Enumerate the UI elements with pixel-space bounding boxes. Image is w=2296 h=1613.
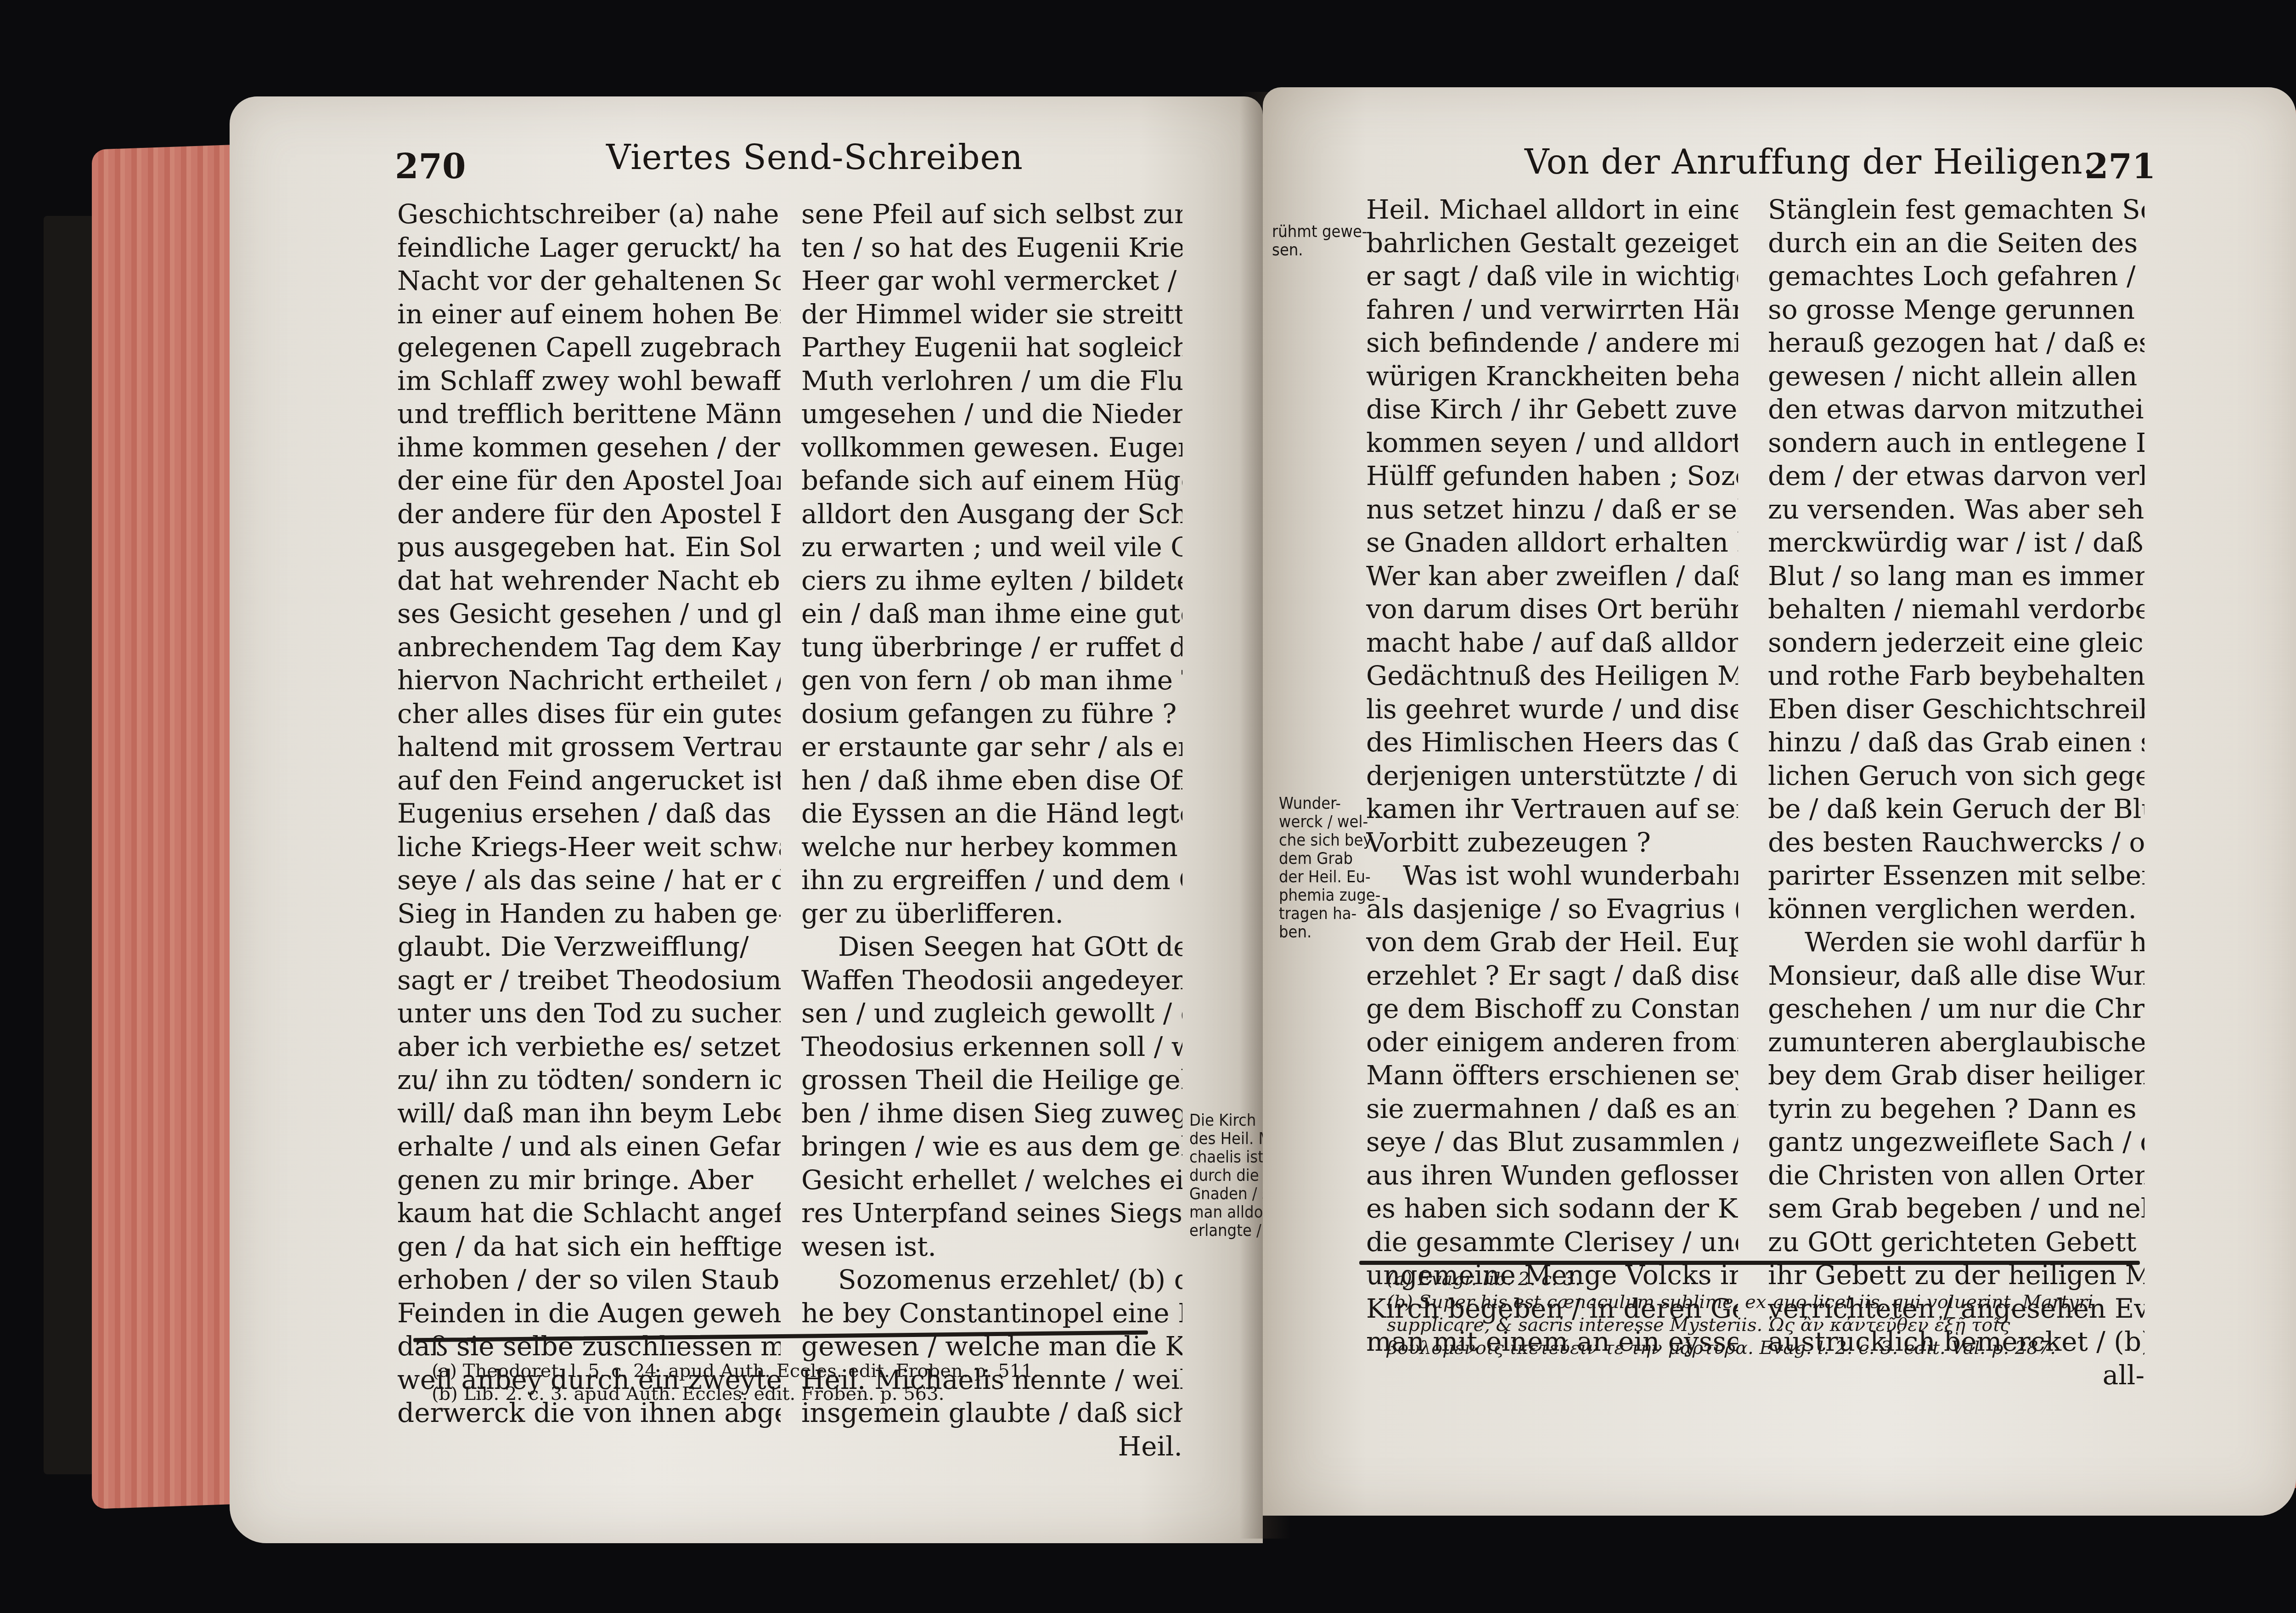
text-line: des Himlischen Heers das Gebett bbox=[1366, 726, 1738, 759]
text-line: Heil. Michael alldort in einer sicht- bbox=[1366, 193, 1738, 226]
text-line: ses Gesicht gesehen / und gleich bey bbox=[397, 597, 781, 631]
text-line: zu/ ihn zu tödten/ sondern ich bbox=[397, 1063, 781, 1097]
left-column-2: sene Pfeil auf sich selbst zuruck präl-t… bbox=[801, 197, 1182, 1463]
text-line: Sozomenus erzehlet/ (b) daß na- bbox=[801, 1263, 1182, 1297]
text-line: sie zuermahnen / daß es annun Zeit bbox=[1366, 1092, 1738, 1126]
text-line: kommen seyen / und alldort hurtige bbox=[1366, 426, 1738, 460]
text-line: zu erwarten ; und weil vile Offi- bbox=[801, 530, 1182, 564]
text-line: Gesicht erhellet / welches ein siche- bbox=[801, 1163, 1182, 1197]
footnote: supplicare, & sacris interesse Mysteriis… bbox=[1387, 1314, 2093, 1337]
margin-note-line: der Heil. Eu- bbox=[1279, 868, 1380, 886]
text-line: bahrlichen Gestalt gezeiget habe; bbox=[1366, 226, 1738, 260]
text-line: all- bbox=[1768, 1359, 2144, 1392]
text-line: tyrin zu begehen ? Dann es ist eine bbox=[1768, 1092, 2144, 1126]
text-line: aber ich verbiethe es/ setzet er hin- bbox=[397, 1030, 781, 1064]
margin-note-line: dem Grab bbox=[1279, 850, 1380, 868]
text-line: der eine für den Apostel Joannes/ bbox=[397, 464, 781, 497]
right-margin-note-top: rühmt gewe-sen. bbox=[1272, 223, 1367, 259]
margin-note-line: ben. bbox=[1279, 923, 1380, 942]
text-line: glaubt. Die Verzweifflung/ bbox=[397, 930, 781, 964]
text-line: fahren / und verwirrten Händlen bbox=[1366, 293, 1738, 327]
text-line: Was ist wohl wunderbahrlicher bbox=[1366, 859, 1738, 892]
text-line: ihn zu ergreiffen / und dem Obsie- bbox=[801, 863, 1182, 897]
text-line: bey dem Grab diser heiligen Mar- bbox=[1768, 1059, 2144, 1092]
text-line: durch ein an die Seiten des Grabs bbox=[1768, 226, 2144, 260]
text-line: se Gnaden alldort erhalten habe. bbox=[1366, 526, 1738, 559]
text-line: sene Pfeil auf sich selbst zuruck präl- bbox=[801, 197, 1182, 231]
text-line: ten / so hat des Eugenii Kriegs- bbox=[801, 231, 1182, 265]
text-line: gen / da hat sich ein hefftiger Wind bbox=[397, 1230, 781, 1263]
text-line: gemachtes Loch gefahren / und eine bbox=[1768, 259, 2144, 293]
margin-note-line: Wunder- bbox=[1279, 795, 1380, 813]
text-line: ein / daß man ihme eine gute Zei- bbox=[801, 597, 1182, 631]
text-line: erzehlet ? Er sagt / daß dise Heili- bbox=[1366, 959, 1738, 993]
text-line: die Christen von allen Orten zu di- bbox=[1768, 1159, 2144, 1192]
text-line: ger zu überlifferen. bbox=[801, 897, 1182, 931]
text-line: und trefflich berittene Männer zu bbox=[397, 397, 781, 431]
text-line: würigen Kranckheiten behaffte in bbox=[1366, 360, 1738, 393]
margin-note-line: sen. bbox=[1272, 241, 1367, 259]
text-line: auf den Feind angerucket ist. Als bbox=[397, 764, 781, 797]
text-line: können verglichen werden. bbox=[1768, 892, 2144, 926]
text-line: liche Kriegs-Heer weit schwächer bbox=[397, 830, 781, 864]
footnote: (a) Evagr. lib. 2. c. 3. bbox=[1387, 1268, 2093, 1291]
margin-note-line: che sich bey bbox=[1279, 831, 1380, 850]
text-line: genen zu mir bringe. Aber bbox=[397, 1163, 781, 1197]
text-line: Geschichtschreiber (a) nahe an das bbox=[397, 197, 781, 231]
text-line: wesen ist. bbox=[801, 1230, 1182, 1263]
footnote: (b) Super his est cænaculum sublime, ex … bbox=[1387, 1291, 2093, 1314]
text-line: die Eyssen an die Händ legten / als bbox=[801, 797, 1182, 830]
footnote: (b) Lib. 2. c. 3. apud Auth. Eccles. edi… bbox=[432, 1382, 1039, 1405]
text-line: im Schlaff zwey wohl bewaffnite/ bbox=[397, 364, 781, 398]
text-line: cher alles dises für ein gutes Zeichen bbox=[397, 697, 781, 731]
text-line: seye / das Blut zusammlen / welches bbox=[1366, 1125, 1738, 1159]
text-line: vollkommen gewesen. Eugenius bbox=[801, 431, 1182, 464]
text-line: in einer auf einem hohen Berg bbox=[397, 298, 781, 331]
text-line: haltend mit grossem Vertrauen bbox=[397, 730, 781, 764]
text-line: feindliche Lager geruckt/ hat er die bbox=[397, 231, 781, 265]
text-line: Waffen Theodosii angedeyen las- bbox=[801, 964, 1182, 997]
text-line: ihme kommen gesehen / deren sich bbox=[397, 431, 781, 464]
text-line: Vorbitt zubezeugen ? bbox=[1366, 826, 1738, 859]
text-line: der andere für den Apostel Philip- bbox=[397, 497, 781, 531]
text-line: Gedächtnuß des Heiligen Michae- bbox=[1366, 659, 1738, 693]
left-page-number: 270 bbox=[395, 147, 466, 186]
text-line: als dasjenige / so Evagrius (a) bbox=[1366, 892, 1738, 926]
text-line: den etwas darvon mitzutheilen/ bbox=[1768, 393, 2144, 426]
right-footnotes: (a) Evagr. lib. 2. c. 3.(b) Super his es… bbox=[1387, 1268, 2093, 1359]
text-line: res Unterpfand seines Siegs ge- bbox=[801, 1196, 1182, 1230]
text-line: umgesehen / und die Niederlag ist bbox=[801, 397, 1182, 431]
text-line: Nacht vor der gehaltenen Schlacht bbox=[397, 264, 781, 298]
text-line: welche nur herbey kommen waren bbox=[801, 830, 1182, 864]
text-line: befande sich auf einem Hügel / um bbox=[801, 464, 1182, 497]
text-line: Disen Seegen hat GOtt denen bbox=[801, 930, 1182, 964]
text-line: zu GOtt gerichteten Gebett auch bbox=[1768, 1225, 2144, 1259]
text-line: ge dem Bischoff zu Constantinopel/ bbox=[1366, 992, 1738, 1026]
text-line: dise Kirch / ihr Gebett zuverrichten/ bbox=[1366, 393, 1738, 426]
text-line: Theodosius erkennen soll / was bbox=[801, 1030, 1182, 1064]
margin-note-line: tragen ha- bbox=[1279, 905, 1380, 923]
right-page-number: 271 bbox=[2085, 147, 2155, 186]
right-footnote-rule bbox=[1359, 1261, 2140, 1265]
text-line: parirter Essenzen mit selbem habe bbox=[1768, 859, 2144, 892]
text-line: ciers zu ihme eylten / bildete er ihme bbox=[801, 564, 1182, 598]
text-line: Werden sie wohl darfür halten/ bbox=[1768, 925, 2144, 959]
right-column-2: Stänglein fest gemachten Schwammdurch ei… bbox=[1768, 193, 2144, 1392]
text-line: bringen / wie es aus dem gehabten bbox=[801, 1130, 1182, 1163]
text-line: pus ausgegeben hat. Ein Sol- bbox=[397, 530, 781, 564]
left-running-head: Viertes Send-Schreiben bbox=[606, 138, 1023, 177]
left-column-1: Geschichtschreiber (a) nahe an dasfeindl… bbox=[397, 197, 781, 1430]
text-line: Eugenius ersehen / daß das feind- bbox=[397, 797, 781, 830]
text-line: Heer gar wohl vermercket / daß bbox=[801, 264, 1182, 298]
text-line: gantz ungezweiflete Sach / daß sich bbox=[1768, 1125, 2144, 1159]
text-line: hiervon Nachricht ertheilet / wel- bbox=[397, 664, 781, 697]
right-margin-note-mid: Wunder-werck / wel-che sich beydem Grabd… bbox=[1279, 795, 1380, 942]
text-line: unter uns den Tod zu suchen; bbox=[397, 997, 781, 1030]
text-line: kamen ihr Vertrauen auf seine bbox=[1366, 792, 1738, 826]
text-line: es haben sich sodann der Kayser / bbox=[1366, 1192, 1738, 1225]
text-line: er sagt / daß vile in wichtigen Ge- bbox=[1366, 259, 1738, 293]
text-line: der Himmel wider sie streitte. Die bbox=[801, 298, 1182, 331]
text-line: hen / daß ihme eben dise Officiers bbox=[801, 764, 1182, 797]
text-line: Muth verlohren / um die Flucht bbox=[801, 364, 1182, 398]
text-line: die gesammte Clerisey / und eine bbox=[1366, 1225, 1738, 1259]
text-line: lichen Geruch von sich gegeben ha- bbox=[1768, 759, 2144, 793]
margin-note-line: phemia zuge- bbox=[1279, 886, 1380, 905]
margin-note-line: rühmt gewe- bbox=[1272, 223, 1367, 241]
text-line: sondern auch in entlegene Land je- bbox=[1768, 426, 2144, 460]
text-line: und rothe Farb beybehalten hat. bbox=[1768, 659, 2144, 693]
text-line: herauß gezogen hat / daß es genug bbox=[1768, 326, 2144, 360]
text-line: Parthey Eugenii hat sogleich den bbox=[801, 331, 1182, 364]
right-running-head: Von der Anruffung der Heiligen. bbox=[1525, 142, 2094, 182]
text-line: he bey Constantinopel eine Kirch bbox=[801, 1297, 1182, 1330]
text-line: be / daß kein Geruch der Blumen / bbox=[1768, 792, 2144, 826]
text-line: Mann öffters erschienen seye / um bbox=[1366, 1059, 1738, 1092]
text-line: Monsieur, daß alle dise Wunder bbox=[1768, 959, 2144, 993]
text-line: geschehen / um nur die Christen auf- bbox=[1768, 992, 2144, 1026]
text-line: sem Grab begeben / und neben dem bbox=[1768, 1192, 2144, 1225]
right-column-1: Heil. Michael alldort in einer sicht-bah… bbox=[1366, 193, 1738, 1359]
text-line: hinzu / daß das Grab einen so köst- bbox=[1768, 726, 2144, 759]
text-line: Wer kan aber zweiflen / daß GOtt bbox=[1366, 559, 1738, 593]
text-line: seye / als das seine / hat er den bbox=[397, 863, 781, 897]
text-line: oder einigem anderen frommen bbox=[1366, 1026, 1738, 1059]
text-line: lis geehret wurde / und diser Fürst bbox=[1366, 693, 1738, 726]
page-edges-left bbox=[92, 144, 243, 1509]
text-line: will/ daß man ihn beym Leben bbox=[397, 1097, 781, 1130]
text-line: derjenigen unterstützte / die dahin bbox=[1366, 759, 1738, 793]
text-line: erhalte / und als einen Gefan- bbox=[397, 1130, 781, 1163]
text-line: des besten Rauchwercks / oder prä- bbox=[1768, 826, 2144, 859]
text-line: Eben diser Geschichtschreiber setzet bbox=[1768, 693, 2144, 726]
text-line: sondern jederzeit eine gleich Lebhafft bbox=[1768, 626, 2144, 660]
text-line: zumunteren aberglaubische Ding bbox=[1768, 1026, 2144, 1059]
text-line: sich befindende / andere mit lang- bbox=[1366, 326, 1738, 360]
text-line: Feinden in die Augen gewehet hat / bbox=[397, 1297, 781, 1330]
text-line: er erstaunte gar sehr / als er gese- bbox=[801, 730, 1182, 764]
footnote: (a) Theodoret. l. 5. c. 24. apud Auth. E… bbox=[432, 1359, 1039, 1382]
text-line: merckwürdig war / ist / daß dises bbox=[1768, 526, 2144, 559]
text-line: behalten / niemahl verdorben ist / bbox=[1768, 592, 2144, 626]
text-line: von darum dises Ort berühmt ge- bbox=[1366, 592, 1738, 626]
text-line: anbrechendem Tag dem Kayser bbox=[397, 631, 781, 664]
text-line: Sieg in Handen zu haben ge- bbox=[397, 897, 781, 931]
text-line: gelegenen Capell zugebracht / und bbox=[397, 331, 781, 364]
text-line: Heil. bbox=[801, 1430, 1182, 1463]
text-line: so grosse Menge gerunnen Blut bbox=[1768, 293, 2144, 327]
text-line: Hülff gefunden haben ; Sozome- bbox=[1366, 459, 1738, 493]
text-line: ben / ihme disen Sieg zuwegen zu- bbox=[801, 1097, 1182, 1130]
text-line: gewesen / nicht allein allen Anwesen- bbox=[1768, 360, 2144, 393]
text-line: kaum hat die Schlacht angefan- bbox=[397, 1196, 781, 1230]
text-line: erhoben / der so vilen Staub denen bbox=[397, 1263, 781, 1297]
text-line: macht habe / auf daß alldort die bbox=[1366, 626, 1738, 660]
left-footnotes: (a) Theodoret. l. 5. c. 24. apud Auth. E… bbox=[432, 1359, 1039, 1405]
margin-note-line: werck / wel- bbox=[1279, 813, 1380, 831]
text-line: dat hat wehrender Nacht eben di- bbox=[397, 564, 781, 598]
text-line: dem / der etwas darvon verlangte/ bbox=[1768, 459, 2144, 493]
text-line: sagt er / treibet Theodosium an/ bbox=[397, 964, 781, 997]
text-line: tung überbringe / er ruffet derowe- bbox=[801, 631, 1182, 664]
text-line: dosium gefangen zu führe ? Aber bbox=[801, 697, 1182, 731]
footnote: βουλομένοις ἱκετεύειν τε τὴν μάρτυρα. Ev… bbox=[1387, 1337, 2093, 1359]
text-line: gen von fern / ob man ihme Theo- bbox=[801, 664, 1182, 697]
text-line: sen / und zugleich gewollt / daß bbox=[801, 997, 1182, 1030]
text-line: Blut / so lang man es immer auf- bbox=[1768, 559, 2144, 593]
text-line: aus ihren Wunden geflossen war; bbox=[1366, 1159, 1738, 1192]
text-line: von dem Grab der Heil. Euphemia bbox=[1366, 925, 1738, 959]
book-cover-left bbox=[44, 216, 94, 1474]
text-line: alldort den Ausgang der Schlacht bbox=[801, 497, 1182, 531]
text-line: nus setzet hinzu / daß er selbst gros- bbox=[1366, 493, 1738, 526]
text-line: zu versenden. Was aber sehr bbox=[1768, 493, 2144, 526]
text-line: Stänglein fest gemachten Schwamm bbox=[1768, 193, 2144, 226]
text-line: grossen Theil die Heilige gehabt ha- bbox=[801, 1063, 1182, 1097]
